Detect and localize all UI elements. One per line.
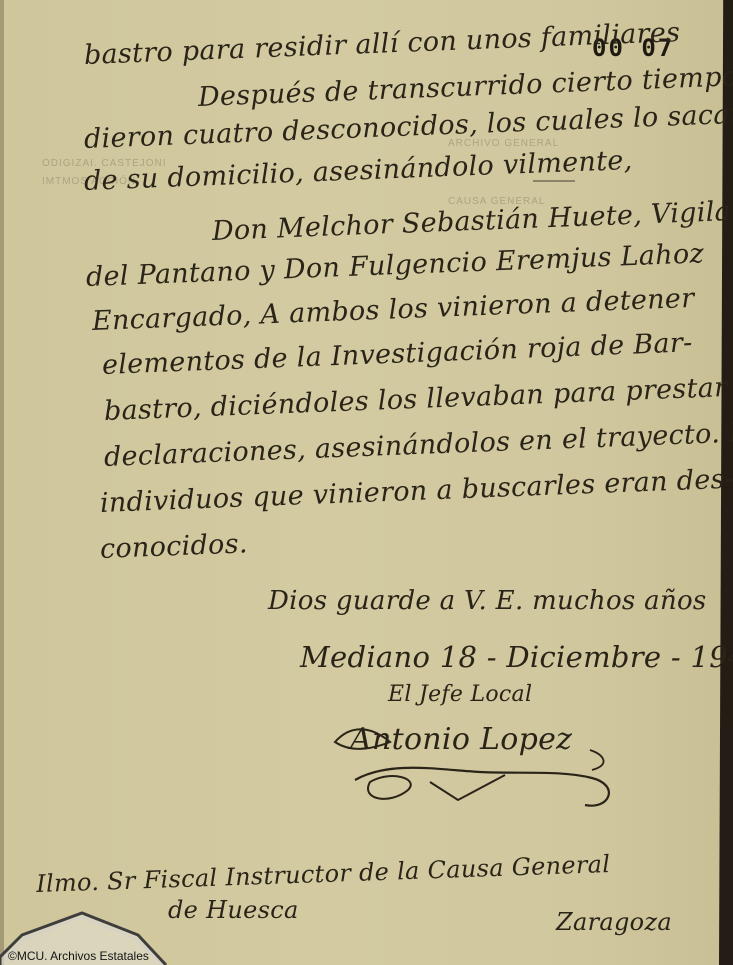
- page-left-edge: [0, 0, 4, 965]
- body-line: elementos de la Investigación roja de Ba…: [101, 327, 693, 381]
- body-line: bastro para residir allí con unos famili…: [83, 17, 680, 71]
- body-line: de su domicilio, asesinándolo vilmente,: [83, 145, 633, 197]
- addressee-line: Ilmo. Sr Fiscal Instructor de la Causa G…: [36, 850, 611, 898]
- closing-salutation: Dios guarde a V. E. muchos años: [268, 586, 707, 616]
- body-line: individuos que vinieron a buscarles eran…: [99, 464, 733, 519]
- addressee-line: de Huesca: [168, 896, 299, 924]
- body-line: dieron cuatro desconocidos, los cuales l…: [83, 97, 733, 155]
- body-line: bastro, diciéndoles los llevaban para pr…: [103, 372, 727, 427]
- copyright-watermark: ©MCU. Archivos Estatales: [8, 949, 149, 963]
- signature-flourish-icon: [330, 720, 630, 820]
- scanned-document-page: ODIGIZAI. CASTEJONI IMTMOS ACCIÓN ARCHIV…: [0, 0, 733, 965]
- body-line: Encargado, A ambos los vinieron a detene…: [91, 283, 695, 337]
- addressee-city: Zaragoza: [556, 908, 672, 936]
- body-line: declaraciones, asesinándolos en el traye…: [103, 416, 733, 473]
- body-line: del Pantano y Don Fulgencio Eremjus Laho…: [85, 238, 704, 293]
- body-line: conocidos.: [99, 528, 248, 565]
- stamp-rule: [533, 180, 575, 182]
- place-and-date: Mediano 18 - Diciembre - 1941: [300, 640, 733, 674]
- signer-title: El Jefe Local: [388, 682, 532, 707]
